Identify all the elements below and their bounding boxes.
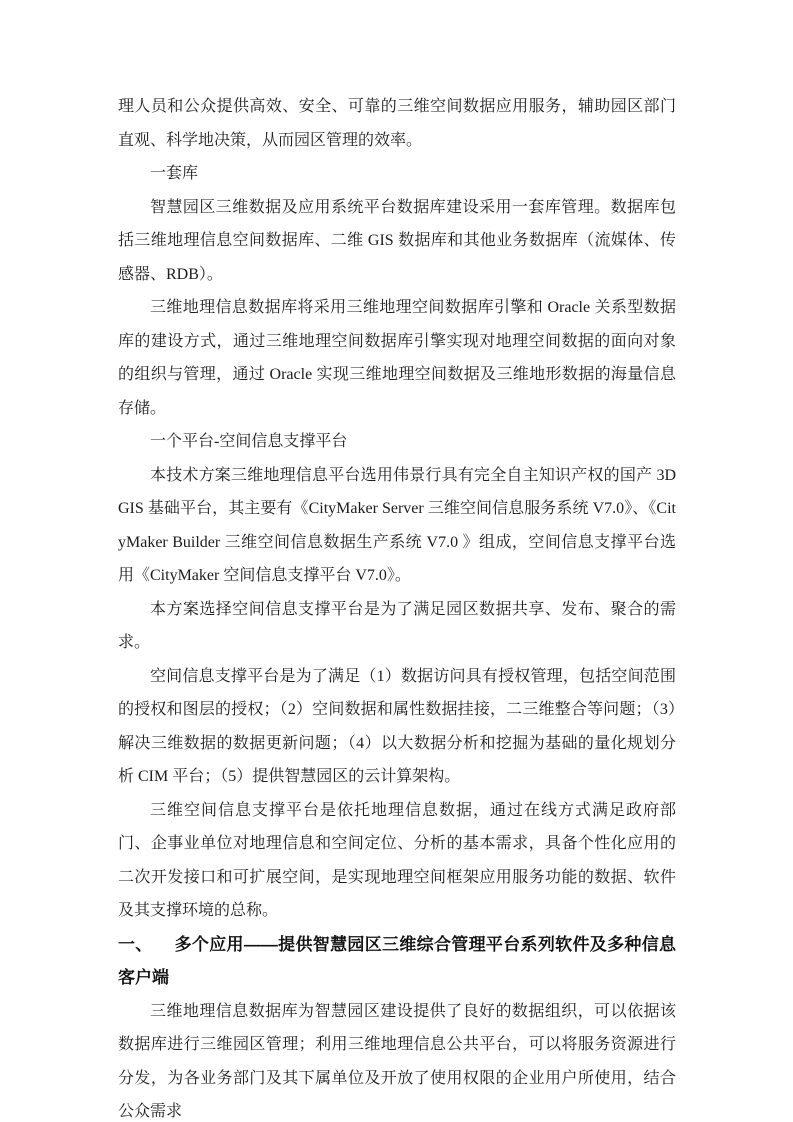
paragraph: 一套库 (118, 157, 676, 191)
paragraph: 本技术方案三维地理信息平台选用伟景行具有完全自主知识产权的国产 3D GIS 基… (118, 459, 676, 593)
document-body: 理人员和公众提供高效、安全、可靠的三维空间数据应用服务，辅助园区部门直观、科学地… (118, 90, 676, 1122)
paragraph: 三维空间信息支撑平台是依托地理信息数据，通过在线方式满足政府部门、企事业单位对地… (118, 794, 676, 928)
paragraph: 本方案选择空间信息支撑平台是为了满足园区数据共享、发布、聚合的需求。 (118, 593, 676, 660)
heading-text: 多个应用——提供智慧园区三维综合管理平台系列软件及多种信息客户端 (118, 935, 676, 988)
paragraph: 智慧园区三维数据及应用系统平台数据库建设采用一套库管理。数据库包括三维地理信息空… (118, 191, 676, 292)
paragraph: 三维地理信息数据库将采用三维地理空间数据库引擎和 Oracle 关系型数据库的建… (118, 291, 676, 425)
paragraph: 三维地理信息数据库为智慧园区建设提供了良好的数据组织，可以依据该数据库进行三维园… (118, 995, 676, 1122)
paragraph: 一个平台-空间信息支撑平台 (118, 425, 676, 459)
section-heading: 一、多个应用——提供智慧园区三维综合管理平台系列软件及多种信息客户端 (118, 928, 676, 995)
paragraph: 理人员和公众提供高效、安全、可靠的三维空间数据应用服务，辅助园区部门直观、科学地… (118, 90, 676, 157)
paragraph: 空间信息支撑平台是为了满足（1）数据访问具有授权管理，包括空间范围的授权和图层的… (118, 660, 676, 794)
heading-number: 一、 (118, 935, 153, 954)
document-page: 理人员和公众提供高效、安全、可靠的三维空间数据应用服务，辅助园区部门直观、科学地… (0, 0, 793, 1122)
